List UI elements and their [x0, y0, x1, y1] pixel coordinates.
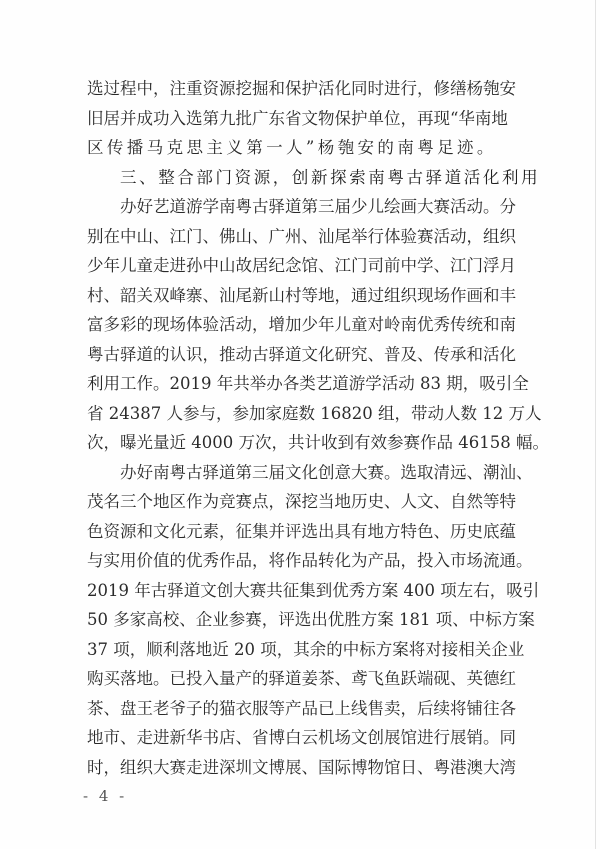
text-line-13: 次，曝光量近 4000 万次，共计收到有效参赛作品 46158 幅。 — [87, 428, 506, 458]
section-heading: 三、整合部门资源，创新探索南粤古驿道活化利用 — [87, 163, 506, 193]
paragraph-start-line: 办好南粤古驿道第三届文化创意大赛。选取清远、潮汕、 — [87, 458, 506, 488]
page-number: - 4 - — [83, 786, 127, 806]
text-line-24: 时，组织大赛走进深圳文博展、国际博物馆日、粤港澳大湾 — [87, 753, 506, 783]
text-line-3: 区传播马克思主义第一人”杨匏安的南粤足迹。 — [87, 133, 506, 163]
text-line-2: 旧居并成功入选第九批广东省文物保护单位，再现“华南地 — [87, 104, 506, 134]
document-body: 选过程中，注重资源挖掘和保护活化同时进行，修缮杨匏安 旧居并成功入选第九批广东省… — [87, 74, 506, 782]
text-line-16: 色资源和文化元素，征集并评选出具有地方特色、历史底蕴 — [87, 517, 506, 547]
page-edge-divider — [595, 0, 596, 849]
text-line-8: 村、韶关双峰寨、汕尾新山村等地，通过组织现场作画和丰 — [87, 281, 506, 311]
text-line-1: 选过程中，注重资源挖掘和保护活化同时进行，修缮杨匏安 — [87, 74, 506, 104]
text-line-6: 别在中山、江门、佛山、广州、汕尾举行体验赛活动，组织 — [87, 222, 506, 252]
paragraph-start-line: 办好艺道游学南粤古驿道第三届少儿绘画大赛活动。分 — [87, 192, 506, 222]
text-line-21: 购买落地。已投入量产的驿道姜茶、鸢飞鱼跃端砚、英德红 — [87, 664, 506, 694]
document-page: 选过程中，注重资源挖掘和保护活化同时进行，修缮杨匏安 旧居并成功入选第九批广东省… — [0, 0, 600, 849]
text-line-20: 37 项，顺利落地近 20 项，其余的中标方案将对接相关企业 — [87, 635, 506, 665]
text-line-15: 茂名三个地区作为竞赛点，深挖当地历史、人文、自然等特 — [87, 487, 506, 517]
text-line-22: 茶、盘王老爷子的猫衣服等产品已上线售卖，后续将铺往各 — [87, 694, 506, 724]
text-line-10: 粤古驿道的认识，推动古驿道文化研究、普及、传承和活化 — [87, 340, 506, 370]
text-line-11: 利用工作。2019 年共举办各类艺道游学活动 83 期，吸引全 — [87, 369, 506, 399]
text-line-23: 地市、走进新华书店、省博白云机场文创展馆进行展销。同 — [87, 723, 506, 753]
text-line-12: 省 24387 人参与，参加家庭数 16820 组，带动人数 12 万人 — [87, 399, 506, 429]
text-line-19: 50 多家高校、企业参赛，评选出优胜方案 181 项、中标方案 — [87, 605, 506, 635]
text-line-18: 2019 年古驿道文创大赛共征集到优秀方案 400 项左右，吸引 — [87, 576, 506, 606]
text-line-17: 与实用价值的优秀作品，将作品转化为产品，投入市场流通。 — [87, 546, 506, 576]
text-line-7: 少年儿童走进孙中山故居纪念馆、江门司前中学、江门浮月 — [87, 251, 506, 281]
text-line-9: 富多彩的现场体验活动，增加少年儿童对岭南优秀传统和南 — [87, 310, 506, 340]
